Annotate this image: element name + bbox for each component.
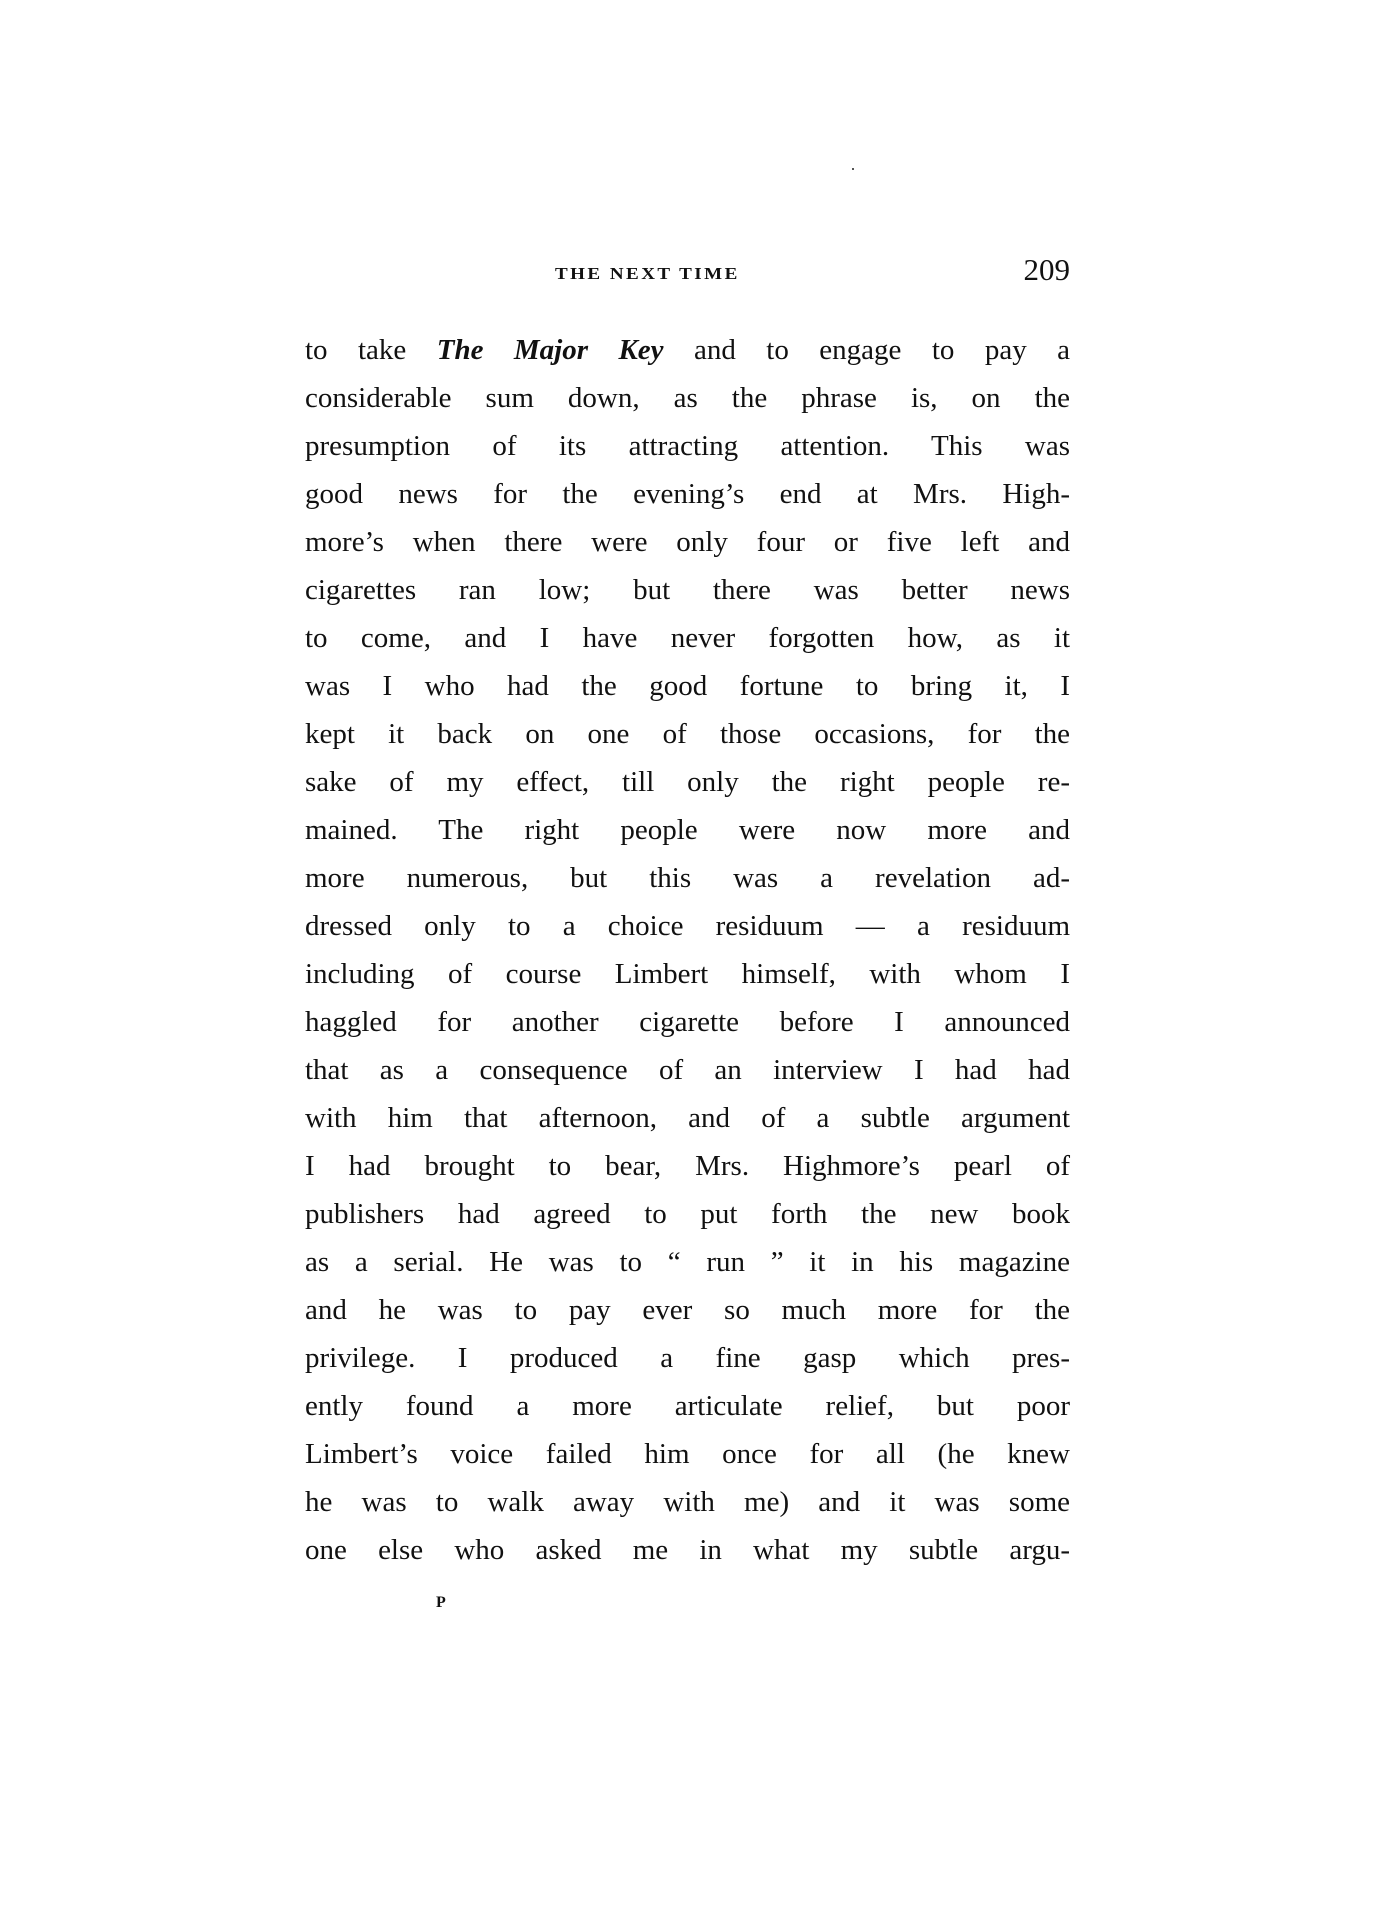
text-line-content: dressed only to a choice residuum — a re… — [305, 902, 1070, 950]
text-line: more numerous, but this was a revelation… — [305, 854, 1070, 902]
text-line: Limbert’s voice failed him once for all … — [305, 1430, 1070, 1478]
text-line-content: as a serial. He was to “ run ” it in his… — [305, 1238, 1070, 1286]
text-line-content: publishers had agreed to put forth the n… — [305, 1190, 1070, 1238]
text-line: good news for the evening’s end at Mrs. … — [305, 470, 1070, 518]
text-line-content: presumption of its attracting attention.… — [305, 422, 1070, 470]
text-line: haggled for another cigarette before I a… — [305, 998, 1070, 1046]
text-line: sake of my effect, till only the right p… — [305, 758, 1070, 806]
text-line-content: privilege. I produced a fine gasp which … — [305, 1334, 1070, 1382]
book-page: THE NEXT TIME 209 to take The Major Key … — [0, 0, 1374, 1924]
text-line: one else who asked me in what my subtle … — [305, 1526, 1070, 1574]
text-line: kept it back on one of those occasions, … — [305, 710, 1070, 758]
page-number: 209 — [1024, 254, 1071, 286]
text-line-content: to come, and I have never forgotten how,… — [305, 614, 1070, 662]
text-line-content: that as a consequence of an interview I … — [305, 1046, 1070, 1094]
text-line-content: Limbert’s voice failed him once for all … — [305, 1430, 1070, 1478]
text-line: as a serial. He was to “ run ” it in his… — [305, 1238, 1070, 1286]
text-line: I had brought to bear, Mrs. Highmore’s p… — [305, 1142, 1070, 1190]
text-line: mained. The right people were now more a… — [305, 806, 1070, 854]
text-line: with him that afternoon, and of a subtle… — [305, 1094, 1070, 1142]
text-line: cigarettes ran low; but there was better… — [305, 566, 1070, 614]
text-line: more’s when there were only four or five… — [305, 518, 1070, 566]
text-line: to come, and I have never forgotten how,… — [305, 614, 1070, 662]
text-line-content: cigarettes ran low; but there was better… — [305, 566, 1070, 614]
text-line: that as a consequence of an interview I … — [305, 1046, 1070, 1094]
text-segment: to take — [305, 334, 437, 366]
text-line: to take The Major Key and to engage to p… — [305, 326, 1070, 374]
text-segment: and to engage to pay a — [664, 334, 1070, 366]
text-line: presumption of its attracting attention.… — [305, 422, 1070, 470]
text-line-content: and he was to pay ever so much more for … — [305, 1286, 1070, 1334]
text-line-content: one else who asked me in what my subtle … — [305, 1526, 1070, 1574]
text-line: ently found a more articulate relief, bu… — [305, 1382, 1070, 1430]
text-line-content: he was to walk away with me) and it was … — [305, 1478, 1070, 1526]
text-line-content: haggled for another cigarette before I a… — [305, 998, 1070, 1046]
scan-speck — [852, 168, 854, 170]
text-line-content: more numerous, but this was a revelation… — [305, 854, 1070, 902]
running-title: THE NEXT TIME — [555, 264, 740, 284]
book-title-italic: The Major Key — [437, 334, 664, 366]
signature-mark: P — [436, 1594, 446, 1612]
text-line: privilege. I produced a fine gasp which … — [305, 1334, 1070, 1382]
text-line-content: was I who had the good fortune to bring … — [305, 662, 1070, 710]
text-line-content: I had brought to bear, Mrs. Highmore’s p… — [305, 1142, 1070, 1190]
text-line-content: mained. The right people were now more a… — [305, 806, 1070, 854]
text-line-content: ently found a more articulate relief, bu… — [305, 1382, 1070, 1430]
text-line: he was to walk away with me) and it was … — [305, 1478, 1070, 1526]
text-line-content: kept it back on one of those occasions, … — [305, 710, 1070, 758]
text-line: was I who had the good fortune to bring … — [305, 662, 1070, 710]
text-line-content: considerable sum down, as the phrase is,… — [305, 374, 1070, 422]
text-line: publishers had agreed to put forth the n… — [305, 1190, 1070, 1238]
text-line: considerable sum down, as the phrase is,… — [305, 374, 1070, 422]
text-line-content: more’s when there were only four or five… — [305, 518, 1070, 566]
text-line-content: with him that afternoon, and of a subtle… — [305, 1094, 1070, 1142]
text-line: including of course Limbert himself, wit… — [305, 950, 1070, 998]
body-text: to take The Major Key and to engage to p… — [305, 326, 1070, 1574]
text-line: dressed only to a choice residuum — a re… — [305, 902, 1070, 950]
text-line-content: including of course Limbert himself, wit… — [305, 950, 1070, 998]
running-header: THE NEXT TIME 209 — [305, 254, 1070, 288]
text-line-content: good news for the evening’s end at Mrs. … — [305, 470, 1070, 518]
text-line: and he was to pay ever so much more for … — [305, 1286, 1070, 1334]
text-line-content: sake of my effect, till only the right p… — [305, 758, 1070, 806]
